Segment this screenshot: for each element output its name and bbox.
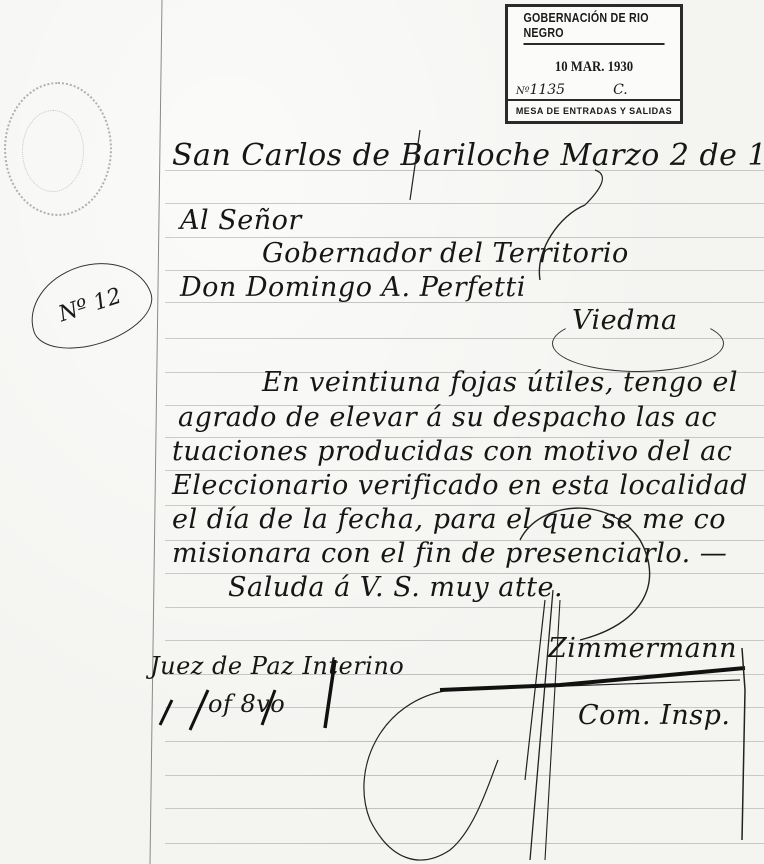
body-line-4: Eleccionario verificado en esta localida…	[172, 470, 748, 501]
ruled-line	[165, 843, 764, 844]
body-line-2: agrado de elevar á su despacho las ac	[178, 402, 717, 433]
salutation: Al Señor	[180, 205, 302, 236]
ruled-line	[165, 203, 764, 204]
body-line-5: el día de la fecha, para el que se me co	[172, 504, 726, 535]
ruled-line	[165, 270, 764, 271]
ruled-line	[165, 607, 764, 608]
body-line-1: En veintiuna fojas útiles, tengo el	[262, 367, 738, 398]
stamp-header: GOBERNACIÓN DE RIO NEGRO	[523, 7, 664, 45]
stamp-number-row: Nº1135 C.	[516, 82, 680, 98]
left-signature-line2: of 8vo	[208, 690, 285, 718]
ruled-line	[165, 741, 764, 742]
stamp-footer: MESA DE ENTRADAS Y SALIDAS	[508, 99, 680, 121]
stamp-letter: C.	[613, 82, 628, 98]
place-date-line: San Carlos de Bariloche Marzo 2 de 193	[172, 138, 764, 173]
left-signature-line1: Juez de Paz Interino	[150, 652, 404, 680]
right-signature-title: Com. Insp.	[578, 700, 730, 731]
stamp-number: 1135	[529, 82, 565, 98]
reception-stamp: GOBERNACIÓN DE RIO NEGRO 10 MAR. 1930 Nº…	[505, 4, 683, 124]
stamp-date: 10 MAR. 1930	[521, 59, 667, 76]
recipient-title: Gobernador del Territorio	[262, 238, 629, 269]
ruled-line	[165, 808, 764, 809]
body-line-3: tuaciones producidas con motivo del ac	[172, 436, 732, 467]
city-underline-loop	[552, 315, 724, 372]
recipient-name: Don Domingo A. Perfetti	[180, 272, 526, 303]
body-line-6: misionara con el fin de presenciarlo. —	[172, 538, 727, 569]
faded-seal-inner	[22, 110, 84, 192]
ruled-line	[165, 775, 764, 776]
closing: Saluda á V. S. muy atte.	[228, 572, 563, 603]
right-signature-name: Zimmermann	[548, 633, 737, 664]
stamp-number-prefix: Nº	[516, 86, 529, 97]
